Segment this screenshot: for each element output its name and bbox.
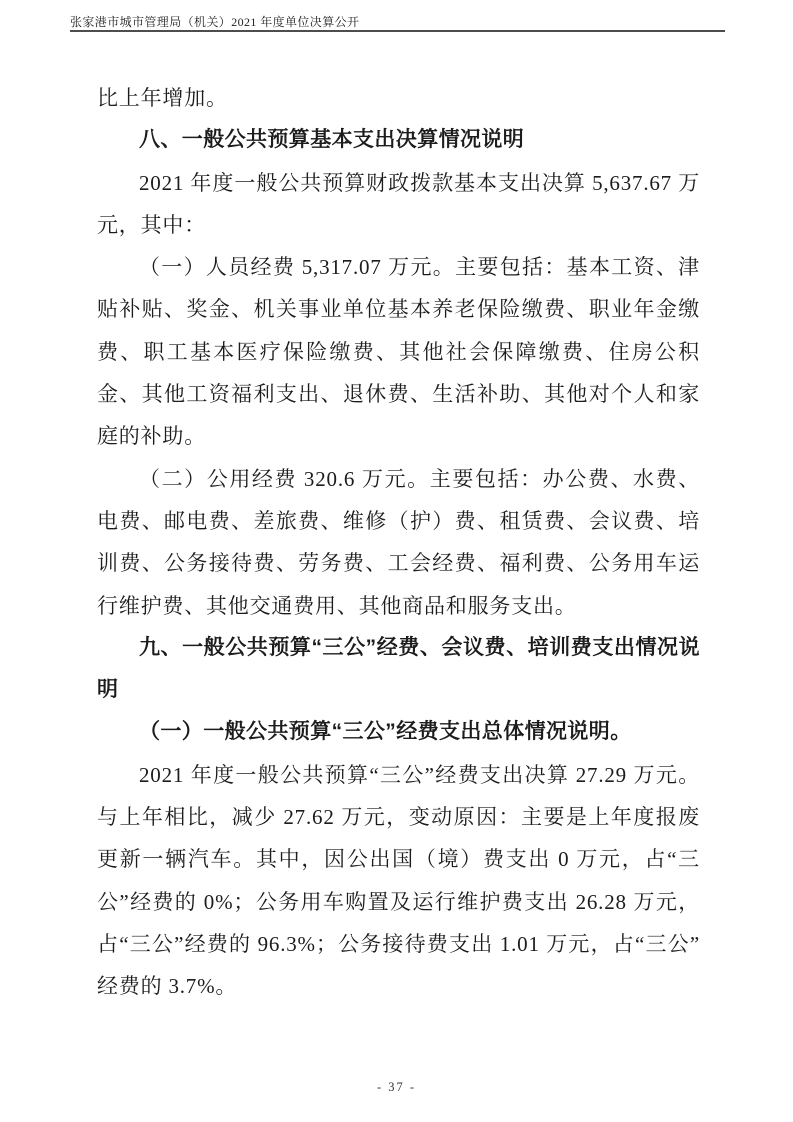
page-header-title: 张家港市城市管理局（机关）2021 年度单位决算公开 [70,13,359,30]
paragraph-personnel-funds: （一）人员经费 5,317.07 万元。主要包括：基本工资、津贴补贴、奖金、机关… [97,246,700,457]
paragraph-three-public-details: 2021 年度一般公共预算“三公”经费支出决算 27.29 万元。与上年相比，减… [97,754,700,1008]
document-body: 比上年增加。 八、一般公共预算基本支出决算情况说明 2021 年度一般公共预算财… [97,77,700,1008]
paragraph-public-funds: （二）公用经费 320.6 万元。主要包括：办公费、水费、电费、邮电费、差旅费、… [97,458,700,627]
paragraph-continuation: 比上年增加。 [97,77,700,119]
section-heading-basic-expenditure: 八、一般公共预算基本支出决算情况说明 [97,119,700,161]
page-number: - 37 - [377,1080,416,1094]
subsection-heading-overall-situation: （一）一般公共预算“三公”经费支出总体情况说明。 [97,711,700,753]
section-heading-three-public-expenses: 九、一般公共预算“三公”经费、会议费、培训费支出情况说明 [97,627,700,712]
paragraph-basic-expenditure-total: 2021 年度一般公共预算财政拨款基本支出决算 5,637.67 万元，其中： [97,162,700,247]
header-divider [70,30,725,32]
page-footer: - 37 - [0,1080,793,1095]
document-page: 张家港市城市管理局（机关）2021 年度单位决算公开 比上年增加。 八、一般公共… [0,0,793,1122]
